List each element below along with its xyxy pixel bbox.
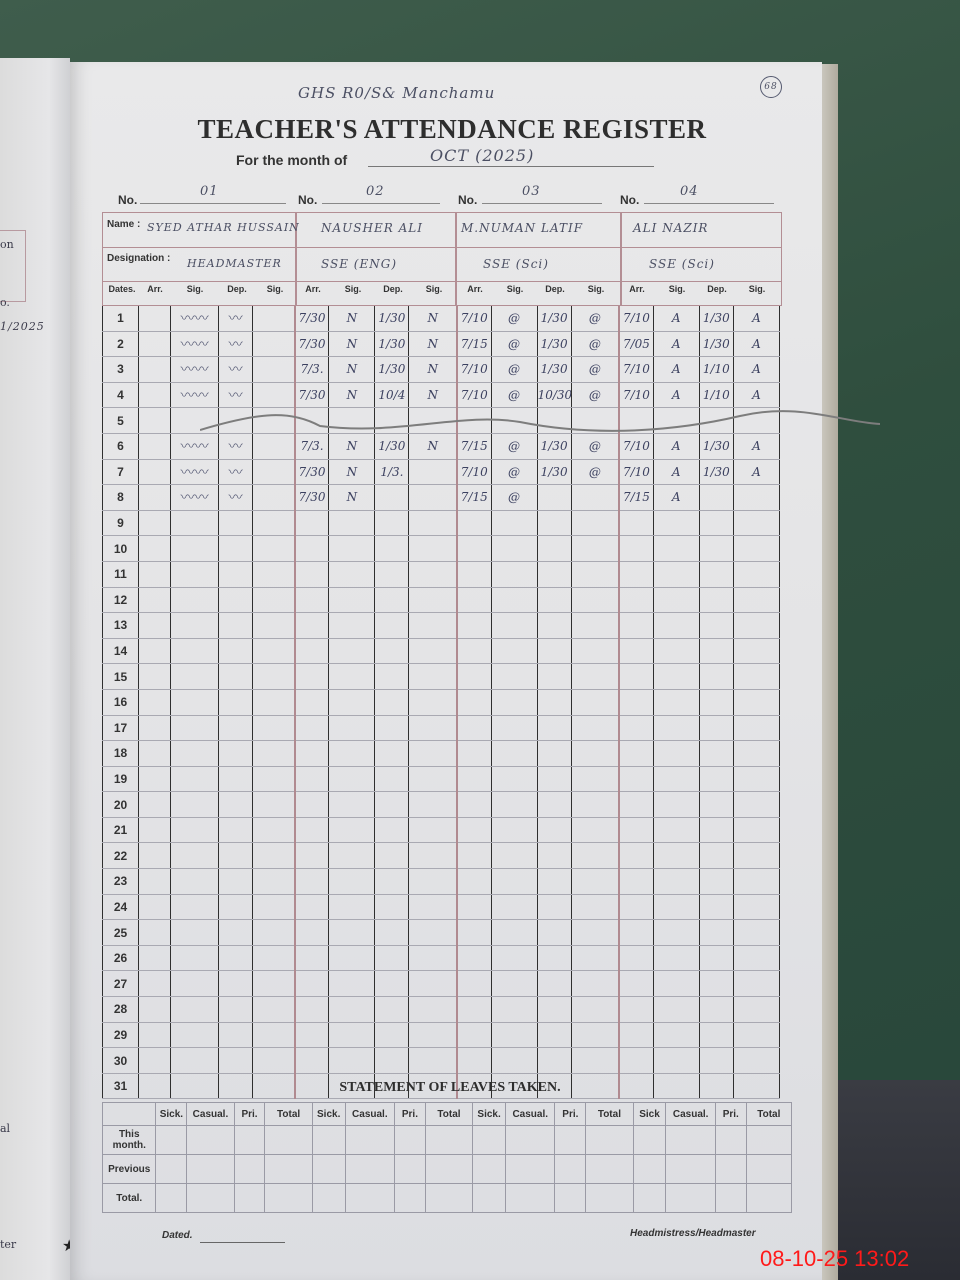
departure-time: 1/30 [699, 459, 733, 485]
leaves-column-header: Pri. [234, 1103, 265, 1126]
left-page-text: al [0, 1122, 10, 1135]
no-underline [322, 203, 440, 204]
departure-time [699, 638, 733, 664]
departure-signature [733, 485, 779, 511]
departure-time [699, 510, 733, 536]
arrival-signature [329, 817, 375, 843]
date-cell: 5 [103, 408, 139, 434]
col-sig: Sig. [492, 284, 538, 294]
departure-time [537, 792, 571, 818]
leaves-cell [715, 1126, 746, 1155]
arrival-signature [329, 1022, 375, 1048]
departure-signature [733, 510, 779, 536]
leaves-row-label: Previous [103, 1155, 156, 1184]
departure-signature [571, 971, 619, 997]
arrival-time: 7/30 [295, 485, 329, 511]
date-cell: 4 [103, 382, 139, 408]
arrival-signature [491, 766, 537, 792]
departure-signature [409, 638, 457, 664]
departure-time [537, 894, 571, 920]
time-cell [139, 1073, 171, 1099]
attendance-row: 16 [103, 689, 780, 715]
departure-signature [733, 843, 779, 869]
arrival-time [295, 920, 329, 946]
departure-time [375, 971, 409, 997]
col-sig: Sig. [734, 284, 780, 294]
arrival-signature [491, 510, 537, 536]
departure-signature [409, 689, 457, 715]
arrival-time [619, 689, 653, 715]
departure-signature [409, 459, 457, 485]
leaves-row-label: Total. [103, 1184, 156, 1213]
arrival-signature [653, 817, 699, 843]
arrival-time [619, 1048, 653, 1074]
no-underline [140, 203, 286, 204]
arrival-signature: N [329, 306, 375, 331]
arrival-signature: A [653, 331, 699, 357]
leaves-cell [586, 1184, 633, 1213]
date-cell: 6 [103, 433, 139, 459]
arrival-signature [653, 894, 699, 920]
time-cell [139, 382, 171, 408]
time-cell [219, 613, 253, 639]
time-cell [139, 843, 171, 869]
teacher-name: ALI NAZIR [633, 221, 708, 235]
arrival-signature [653, 715, 699, 741]
departure-signature [571, 894, 619, 920]
departure-signature [409, 1022, 457, 1048]
date-cell: 21 [103, 817, 139, 843]
signature-cell [253, 587, 295, 613]
leaves-cell [187, 1126, 234, 1155]
attendance-row: 11 [103, 561, 780, 587]
leaves-column-header: Pri. [715, 1103, 746, 1126]
signature-cell [171, 766, 219, 792]
departure-time [699, 689, 733, 715]
signature-cell [171, 945, 219, 971]
arrival-time [295, 689, 329, 715]
attendance-row: 23 [103, 869, 780, 895]
departure-time [375, 664, 409, 690]
signature-cell [253, 306, 295, 331]
departure-time [699, 945, 733, 971]
arrival-time [457, 536, 491, 562]
arrival-signature [491, 536, 537, 562]
arrival-time [457, 613, 491, 639]
time-cell [219, 510, 253, 536]
arrival-signature [329, 997, 375, 1023]
departure-time [699, 971, 733, 997]
signature-cell [171, 536, 219, 562]
attendance-row: 27 [103, 971, 780, 997]
leaves-row-label: This month. [103, 1126, 156, 1155]
signature-scribble-icon: 〰〰 [181, 308, 209, 328]
attendance-row: 15 [103, 664, 780, 690]
signature-cell [253, 689, 295, 715]
departure-time [537, 638, 571, 664]
leaves-cell [187, 1155, 234, 1184]
arrival-signature [491, 689, 537, 715]
departure-signature [409, 587, 457, 613]
arrival-time [619, 843, 653, 869]
time-cell [139, 357, 171, 383]
arrival-signature [653, 664, 699, 690]
signature-cell [171, 792, 219, 818]
departure-time: 1/30 [537, 357, 571, 383]
departure-time [537, 485, 571, 511]
leaves-cell [633, 1155, 666, 1184]
departure-time [699, 997, 733, 1023]
departure-time [375, 894, 409, 920]
departure-time [375, 920, 409, 946]
col-dep: Dep. [220, 284, 254, 294]
attendance-row: 19 [103, 766, 780, 792]
leaves-cell [234, 1126, 265, 1155]
departure-signature: A [733, 306, 779, 331]
arrival-signature [329, 792, 375, 818]
arrival-signature: @ [491, 485, 537, 511]
date-cell: 22 [103, 843, 139, 869]
departure-signature [733, 997, 779, 1023]
departure-signature [409, 792, 457, 818]
departure-time: 1/30 [699, 306, 733, 331]
arrival-time [457, 1022, 491, 1048]
leaves-cell [234, 1155, 265, 1184]
signature-cell [171, 1073, 219, 1099]
departure-signature [571, 817, 619, 843]
teacher-name: M.NUMAN LATIF [461, 221, 583, 235]
designation-label: Designation : [107, 253, 170, 264]
departure-signature [733, 741, 779, 767]
signature-cell [253, 766, 295, 792]
departure-signature [733, 817, 779, 843]
date-cell: 26 [103, 945, 139, 971]
time-cell [139, 689, 171, 715]
arrival-signature: A [653, 459, 699, 485]
signature-scribble-icon: 〰 [229, 487, 243, 507]
departure-time [375, 945, 409, 971]
departure-time [375, 1022, 409, 1048]
leaves-column-header: Total [746, 1103, 791, 1126]
leaves-cell [633, 1126, 666, 1155]
time-cell [219, 741, 253, 767]
arrival-time: 7/15 [619, 485, 653, 511]
attendance-row: 28 [103, 997, 780, 1023]
arrival-signature [329, 664, 375, 690]
arrival-time [619, 613, 653, 639]
departure-signature [409, 869, 457, 895]
attendance-row: 18 [103, 741, 780, 767]
arrival-signature: N [329, 459, 375, 485]
leaves-cell [265, 1126, 312, 1155]
signature-cell [253, 459, 295, 485]
departure-signature [571, 664, 619, 690]
leaves-cell [555, 1126, 586, 1155]
departure-signature [733, 638, 779, 664]
teacher-no: 03 [522, 184, 541, 199]
month-value: OCT (2025) [430, 146, 534, 165]
arrival-time [457, 894, 491, 920]
leaves-cell [395, 1184, 426, 1213]
signature-cell [171, 997, 219, 1023]
arrival-signature [491, 894, 537, 920]
cancel-line-day-5 [200, 402, 880, 442]
leaves-row: Previous [103, 1155, 792, 1184]
arrival-signature [329, 587, 375, 613]
dated-underline [200, 1242, 285, 1243]
departure-time: 1/3. [375, 459, 409, 485]
departure-signature [571, 510, 619, 536]
date-cell: 23 [103, 869, 139, 895]
signature-cell [253, 638, 295, 664]
departure-signature [571, 869, 619, 895]
leaves-row: This month. [103, 1126, 792, 1155]
signature-cell [171, 869, 219, 895]
time-cell [219, 715, 253, 741]
departure-signature [733, 689, 779, 715]
leaves-cell [506, 1155, 555, 1184]
departure-time [699, 1073, 733, 1099]
month-label: For the month of [236, 152, 347, 168]
departure-signature [409, 485, 457, 511]
arrival-time [619, 894, 653, 920]
departure-time [375, 792, 409, 818]
date-cell: 8 [103, 485, 139, 511]
time-cell [139, 869, 171, 895]
signature-cell: 〰〰 [171, 485, 219, 511]
date-cell: 10 [103, 536, 139, 562]
leaves-cell [555, 1155, 586, 1184]
arrival-signature [653, 613, 699, 639]
leaves-corner [103, 1103, 156, 1126]
leaves-row: Total. [103, 1184, 792, 1213]
date-cell: 31 [103, 1073, 139, 1099]
arrival-signature [491, 817, 537, 843]
date-cell: 2 [103, 331, 139, 357]
signature-cell [171, 920, 219, 946]
departure-time [537, 997, 571, 1023]
school-name: GHS R0/S& Manchamu [298, 84, 495, 102]
arrival-time [619, 741, 653, 767]
departure-signature [409, 510, 457, 536]
departure-signature [733, 920, 779, 946]
arrival-time: 7/10 [457, 357, 491, 383]
arrival-signature [491, 638, 537, 664]
signature-cell: 〰〰 [171, 459, 219, 485]
departure-time [699, 561, 733, 587]
signature-cell [253, 741, 295, 767]
leaves-cell [715, 1184, 746, 1213]
signature-cell [171, 510, 219, 536]
time-cell [139, 766, 171, 792]
arrival-time [295, 869, 329, 895]
arrival-time: 7/05 [619, 331, 653, 357]
arrival-time [619, 510, 653, 536]
departure-signature [409, 561, 457, 587]
leaves-column-header: Casual. [187, 1103, 234, 1126]
arrival-signature [329, 920, 375, 946]
signature-scribble-icon: 〰 [229, 462, 243, 482]
col-dep: Dep. [538, 284, 572, 294]
leaves-title: STATEMENT OF LEAVES TAKEN. [250, 1080, 650, 1096]
signature-cell: 〰〰 [171, 331, 219, 357]
arrival-time [619, 817, 653, 843]
signature-cell [253, 1048, 295, 1074]
signature-cell [171, 715, 219, 741]
leaves-cell [746, 1155, 791, 1184]
arrival-time [295, 997, 329, 1023]
arrival-signature [653, 536, 699, 562]
departure-signature [409, 894, 457, 920]
departure-time: 1/30 [375, 306, 409, 331]
signature-cell [171, 894, 219, 920]
signature-scribble-icon: 〰 [229, 359, 243, 379]
date-cell: 30 [103, 1048, 139, 1074]
signature-cell [253, 485, 295, 511]
departure-signature [571, 536, 619, 562]
month-underline [368, 166, 654, 167]
departure-signature: @ [571, 306, 619, 331]
departure-signature [733, 792, 779, 818]
departure-time: 1/30 [537, 459, 571, 485]
time-cell [139, 664, 171, 690]
signature-cell [253, 715, 295, 741]
arrival-signature [653, 587, 699, 613]
arrival-signature [491, 741, 537, 767]
time-cell [139, 997, 171, 1023]
arrival-time: 7/30 [295, 331, 329, 357]
arrival-time [457, 561, 491, 587]
no-label: No. [620, 193, 639, 207]
attendance-row: 30 [103, 1048, 780, 1074]
time-cell [219, 689, 253, 715]
departure-signature [409, 997, 457, 1023]
departure-signature [733, 971, 779, 997]
departure-time [699, 894, 733, 920]
departure-time: 1/10 [699, 357, 733, 383]
arrival-signature [653, 510, 699, 536]
arrival-signature [491, 792, 537, 818]
attendance-row: 7〰〰〰7/30N1/3.7/10@1/30@7/10A1/30A [103, 459, 780, 485]
arrival-signature [653, 1048, 699, 1074]
date-cell: 14 [103, 638, 139, 664]
time-cell [139, 945, 171, 971]
arrival-time [619, 561, 653, 587]
leaves-cell [345, 1155, 394, 1184]
signature-cell [253, 869, 295, 895]
arrival-time: 7/10 [619, 459, 653, 485]
departure-signature [571, 766, 619, 792]
departure-signature [409, 971, 457, 997]
arrival-time [619, 715, 653, 741]
teacher-no: 04 [680, 184, 699, 199]
date-cell: 7 [103, 459, 139, 485]
leaves-cell [156, 1184, 187, 1213]
departure-signature [571, 587, 619, 613]
date-cell: 15 [103, 664, 139, 690]
departure-signature [571, 613, 619, 639]
leaves-cell [425, 1184, 472, 1213]
leaves-cell [715, 1155, 746, 1184]
departure-signature [571, 689, 619, 715]
departure-time [375, 510, 409, 536]
arrival-signature [491, 945, 537, 971]
departure-signature: A [733, 357, 779, 383]
arrival-signature [653, 869, 699, 895]
departure-time [699, 869, 733, 895]
signature-scribble-icon: 〰〰 [181, 359, 209, 379]
time-cell [139, 920, 171, 946]
col-arr: Arr. [620, 284, 654, 294]
leaves-cell [555, 1184, 586, 1213]
arrival-time [457, 766, 491, 792]
signature-cell [171, 561, 219, 587]
arrival-signature [491, 715, 537, 741]
arrival-signature [653, 766, 699, 792]
arrival-signature [329, 869, 375, 895]
departure-signature [409, 843, 457, 869]
departure-signature [733, 536, 779, 562]
departure-time [375, 997, 409, 1023]
teacher-designation: SSE (ENG) [321, 257, 397, 271]
arrival-time: 7/10 [457, 306, 491, 331]
departure-time [699, 920, 733, 946]
departure-signature [409, 817, 457, 843]
arrival-time [295, 587, 329, 613]
leaves-cell [586, 1155, 633, 1184]
departure-signature [571, 638, 619, 664]
leaves-cell [746, 1126, 791, 1155]
col-sig: Sig. [572, 284, 620, 294]
register-page: GHS R0/S& Manchamu 68 TEACHER'S ATTENDAN… [70, 62, 822, 1280]
arrival-signature [653, 1022, 699, 1048]
departure-signature [409, 715, 457, 741]
time-cell [219, 1022, 253, 1048]
attendance-row: 9 [103, 510, 780, 536]
departure-time [537, 843, 571, 869]
signature-cell [253, 997, 295, 1023]
leaves-cell [312, 1126, 345, 1155]
arrival-signature: N [329, 331, 375, 357]
col-dep: Dep. [376, 284, 410, 294]
arrival-signature [491, 613, 537, 639]
departure-time [699, 613, 733, 639]
leaves-column-header: Total [265, 1103, 312, 1126]
departure-signature [571, 843, 619, 869]
leaves-cell [156, 1126, 187, 1155]
arrival-signature [329, 1048, 375, 1074]
departure-signature [571, 792, 619, 818]
arrival-time [295, 613, 329, 639]
arrival-signature [491, 664, 537, 690]
departure-time [375, 817, 409, 843]
departure-time [699, 664, 733, 690]
departure-time [537, 1022, 571, 1048]
arrival-signature [653, 971, 699, 997]
leaves-column-header: Sick. [473, 1103, 506, 1126]
date-cell: 9 [103, 510, 139, 536]
arrival-time [457, 843, 491, 869]
leaves-cell [345, 1184, 394, 1213]
departure-time [375, 587, 409, 613]
departure-time [537, 945, 571, 971]
time-cell [139, 715, 171, 741]
arrival-time [295, 510, 329, 536]
arrival-time [457, 715, 491, 741]
leaves-column-header: Casual. [506, 1103, 555, 1126]
arrival-time [457, 945, 491, 971]
arrival-signature [653, 741, 699, 767]
